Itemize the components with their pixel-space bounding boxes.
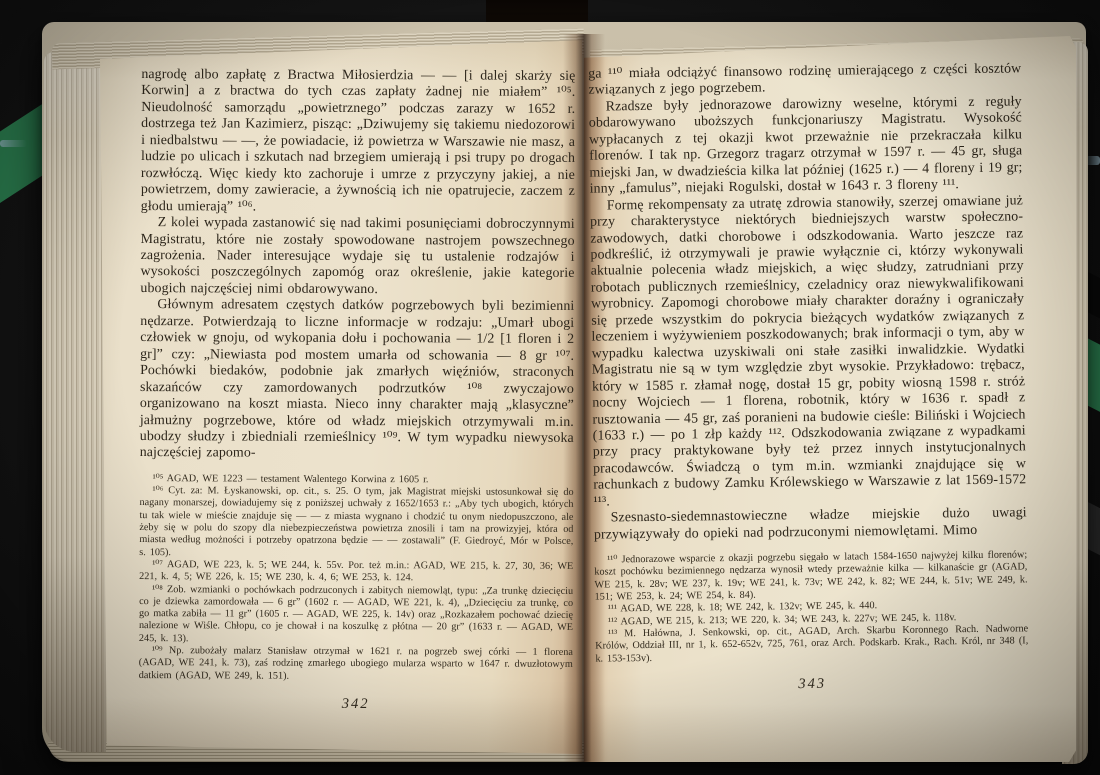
- footnote: ¹¹⁰ Jednorazowe wsparcie z okazji pogrze…: [594, 549, 1028, 603]
- footnote: ¹⁰⁸ Zob. wzmianki o pochówkach podrzucon…: [139, 584, 573, 647]
- paragraph: nagrodę albo zapłatę z Bractwa Miłosierd…: [141, 67, 576, 217]
- left-page-footnotes: ¹⁰⁵ AGAD, WE 1223 — testament Walentego …: [139, 473, 574, 684]
- paragraph: ga ¹¹⁰ miała odciążyć finansowo rodzinę …: [588, 61, 1021, 99]
- footnote: ¹⁰⁶ Cyt. za: M. Łyskanowski, op. cit., s…: [139, 485, 573, 561]
- paragraph: Szesnasto-siedemnastowieczne władze miej…: [594, 506, 1027, 544]
- footnote: ¹⁰⁹ Np. zubożały malarz Stanisław otrzym…: [139, 645, 573, 684]
- right-page-footnotes: ¹¹⁰ Jednorazowe wsparcie z okazji pogrze…: [594, 549, 1028, 665]
- paragraph: Rzadsze były jednorazowe darowizny wesel…: [589, 94, 1023, 198]
- photo-backdrop: nagrodę albo zapłatę z Bractwa Miłosierd…: [0, 0, 1100, 775]
- left-page-text: nagrodę albo zapłatę z Bractwa Miłosierd…: [139, 67, 576, 714]
- footnote: ¹⁰⁷ AGAD, WE 223, k. 5; WE 244, k. 55v. …: [139, 559, 573, 585]
- page-edges-left: [44, 52, 106, 752]
- light-streak-left: [0, 140, 27, 147]
- paragraph: Głównym adresatem częstych datków pogrze…: [140, 297, 575, 463]
- footnote: ¹¹³ M. Hałówna, J. Senkowski, op. cit., …: [595, 623, 1028, 665]
- right-page-text: ga ¹¹⁰ miała odciążyć finansowo rodzinę …: [588, 61, 1029, 695]
- left-page-number: 342: [139, 695, 573, 714]
- paragraph: Z kolei wypada zastanowić się nad takimi…: [140, 215, 574, 299]
- paragraph: Formę rekompensaty za utratę zdrowia sta…: [590, 193, 1027, 511]
